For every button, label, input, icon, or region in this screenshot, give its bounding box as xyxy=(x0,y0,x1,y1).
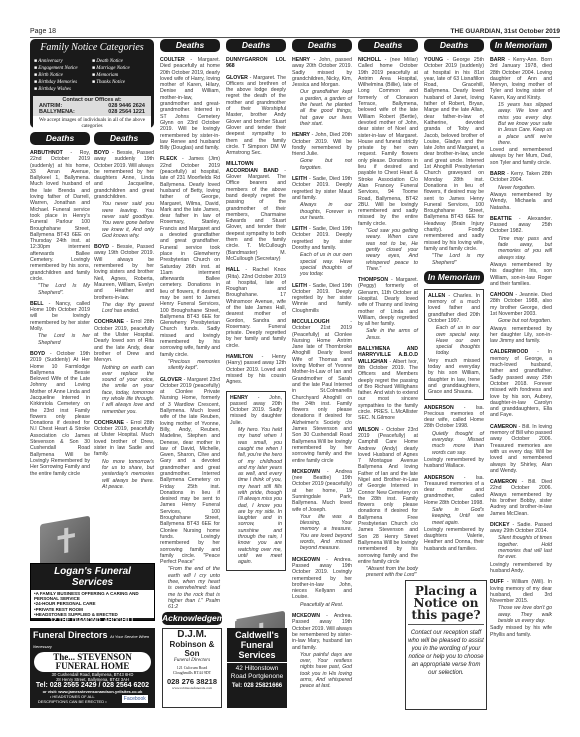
category-item: Birth Notice xyxy=(34,72,92,79)
notice: ANDERSON - Isa. Treasured memories of a … xyxy=(424,475,484,553)
category-item: Anniversary xyxy=(34,58,92,65)
caldwell-funeral-ad: Caldwell's Funeral Services 42 Hiltonsto… xyxy=(227,628,287,708)
notice: HALL - Rachel Knox (Rita). 22nd October … xyxy=(226,267,286,349)
category-item: Birthday Memories xyxy=(34,79,92,86)
notice: COULTER - Margaret. Died peacefully at h… xyxy=(160,57,220,151)
notice: LEITH - Sadie, Died 19th October 2019. D… xyxy=(292,283,352,314)
notice: LEITH - Sadie, Died 19th October 2019. D… xyxy=(292,176,352,221)
section-header-deaths: Deaths xyxy=(424,39,484,52)
column-deaths-1: Deaths ARBUTHNOT - Roy, 22nd October 201… xyxy=(30,132,90,482)
category-item: Thanks Notice xyxy=(92,79,150,86)
column-deaths-5: Deaths HENRY - John, passed away 20th Oc… xyxy=(292,39,352,695)
notice: BEATTIE - Alexander. Passed away 25th Oc… xyxy=(490,216,552,287)
column-deaths-2: Deaths BOYD - Bessie, Passed away sudden… xyxy=(94,132,154,495)
notice: BELL - Nancy, called Home 10th October 2… xyxy=(30,301,90,346)
images-note: We accept images of individuals in all o… xyxy=(33,116,151,130)
category-item: Death Notice xyxy=(92,58,150,65)
notice: CAMERON - Bill. In loving memory of Bill… xyxy=(490,424,552,474)
contact-box: Contact our Offices at: ANTRIM:028 9446 … xyxy=(33,96,151,116)
boxed-notice: HENRY - John, passed away 20th October 2… xyxy=(226,391,286,571)
notice: HENRY - John, Died 20th October 2019. Wi… xyxy=(292,132,352,171)
notice: BARR - Kerry. Taken 28th October 2004.Ne… xyxy=(490,171,552,211)
notice: DUFF - William (Will). In loving memory … xyxy=(490,579,552,638)
family-notice-categories: Family Notice Categories AnniversaryDeat… xyxy=(30,39,154,128)
section-header-deaths: Deaths xyxy=(94,132,154,145)
newspaper-dateline: THE GUARDIAN, 31st October 2019 xyxy=(451,28,560,37)
notice: MCKEOWN - Andrea. Passed away 19th Octob… xyxy=(292,557,352,608)
categories-title: Family Notice Categories xyxy=(34,42,150,53)
notice: BARR - Kerry-Ann. Born 3rd January 1978,… xyxy=(490,57,552,166)
notice: MCCULLOUGH - October 21st 2019 (Peaceful… xyxy=(292,319,352,464)
placing-notice-box: Placing a Notice on this page? Contact o… xyxy=(405,580,487,710)
section-header-memoriam: In Memoriam xyxy=(424,271,484,284)
notice: COCHRANE - Errol 28th October 2019, peac… xyxy=(94,420,154,490)
notice: COCHRANE - Errol 28th October 2019, peac… xyxy=(94,319,154,414)
notice: MCKEOWN - Andrea. Passed away 19th Octob… xyxy=(292,613,352,690)
notice: BALLYMENA AND HARRYVILLE A.B.O.D WILLIGH… xyxy=(358,346,418,422)
section-header-memoriam: In Memoriam xyxy=(490,39,552,52)
office-ballymena: BALLYMENA:028 2564 1221 xyxy=(39,109,145,115)
category-item: Birthday Wishes xyxy=(34,86,92,93)
category-item: Engagement Notice xyxy=(34,65,92,72)
allen-notice: ALLEN - Charles. In memory of a much lov… xyxy=(424,289,484,400)
section-header-deaths: Deaths xyxy=(30,132,90,145)
notice: CAMERON - Bill. Died 22nd October 2006. … xyxy=(490,479,552,517)
notice: HAMILTON - Henry (Harry) passed away 12t… xyxy=(226,354,286,385)
notice: ANDERSON - Isa. Precious memories of dea… xyxy=(424,405,484,470)
logan-funeral-ad: Logan's Funeral Services •A FAMILY BUSIN… xyxy=(30,563,155,621)
notice: CALDERWOOD - In memory of George, a much… xyxy=(490,349,552,418)
section-header-deaths: Deaths xyxy=(226,39,286,52)
notice: CAHOON - Jeannie. Died 28th October 1988… xyxy=(490,292,552,344)
section-header-deaths: Deaths xyxy=(358,39,418,52)
notice: LEITH - Sadie, Died 19th October 2019. D… xyxy=(292,226,352,277)
column-deaths-3: Deaths COULTER - Margaret. Died peaceful… xyxy=(160,39,220,616)
facebook-icon[interactable]: Facebook xyxy=(122,695,148,703)
column-deaths-4: Deaths DUNNYGARRON LOL 968GLOVER - Marga… xyxy=(226,39,286,576)
notice: GLOVER - Margaret 23rd October 2019 (pea… xyxy=(160,377,220,611)
page-header: Page 18 THE GUARDIAN, 31st October 2019 xyxy=(30,28,560,38)
notice: NICHOLL - (nee Millar) Called home Octob… xyxy=(358,57,418,272)
column-deaths-7: Deaths YOUNG - George 25th October 2019 … xyxy=(424,39,484,557)
section-header-deaths: Deaths xyxy=(160,39,220,52)
notice: GLOVER - Margaret. The Officers and bret… xyxy=(226,75,286,157)
notice: BOYD - October 19th 2019 (Suddenly) At H… xyxy=(30,351,90,477)
notice: DUNNYGARRON LOL 968 xyxy=(226,57,286,70)
section-header-deaths: Deaths xyxy=(292,39,352,52)
column-deaths-6: Deaths NICHOLL - (nee Millar) Called hom… xyxy=(358,39,418,584)
robinson-funeral-ad: D.J.M. Robinson & Son Funeral Directors … xyxy=(162,628,222,708)
notice: FLECK - James (Jim) 22nd October 2019 (p… xyxy=(160,156,220,371)
notice: BOYD - Bessie, Passed away 19th October … xyxy=(94,244,154,314)
section-header-acknowledgement: Acknowledgement xyxy=(162,612,222,625)
notice: WILSON - October 23rd 2019 (Peacefully) … xyxy=(358,427,418,579)
stevenson-funeral-ad: Funeral Directors At Your Service When N… xyxy=(30,628,155,708)
category-list: AnniversaryDeath NoticeEngagement Notice… xyxy=(34,58,150,93)
column-memoriam: In Memoriam BARR - Kerry-Ann. Born 3rd J… xyxy=(490,39,552,643)
notice: MCKEOWN - Andrea (nee Beattie) 19th Octo… xyxy=(292,469,352,552)
notice: HENRY - John, passed away 20th October 2… xyxy=(292,57,352,127)
notice: MILLTOWN ACCORDIAN BAND - Glover Margare… xyxy=(226,161,286,262)
category-item: Memoriam xyxy=(92,72,150,79)
notice: BOYD - Bessie, Passed away suddenly 19th… xyxy=(94,150,154,239)
notice: DICKEY - Sadie. Passed away 29th October… xyxy=(490,522,552,574)
page-number: Page 18 xyxy=(30,28,56,37)
notice: ARBUTHNOT - Roy, 22nd October 2019 (sudd… xyxy=(30,150,90,296)
notice: THOMPSON - Margaret. (Peggy) formerly of… xyxy=(358,277,418,341)
category-item: Marriage Notice xyxy=(92,65,150,72)
notice: YOUNG - George 25th October 2019 (sudden… xyxy=(424,57,484,266)
